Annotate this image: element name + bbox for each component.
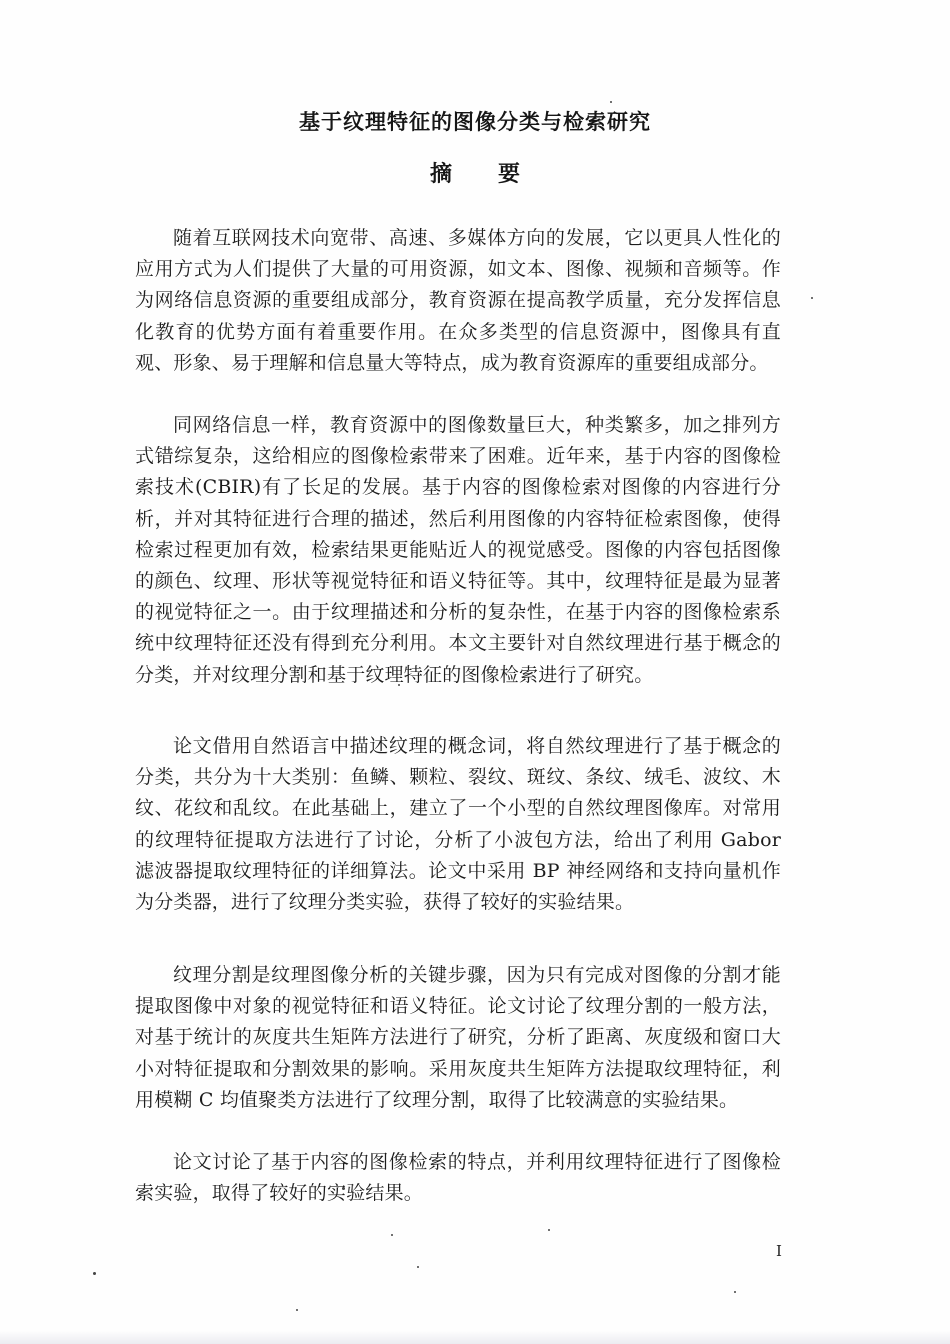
scan-speck xyxy=(610,101,612,103)
scan-speck xyxy=(811,297,813,299)
page-number: I xyxy=(776,1242,782,1260)
abstract-paragraph-2: 同网络信息一样，教育资源中的图像数量巨大，种类繁多，加之排列方式错综复杂，这给相… xyxy=(135,410,781,691)
paragraph-text: 论文借用自然语言中描述纹理的概念词，将自然纹理进行了基于概念的分类，共分为十大类… xyxy=(135,731,781,918)
paragraph-text: 纹理分割是纹理图像分析的关键步骤，因为只有完成对图像的分割才能提取图像中对象的视… xyxy=(135,960,781,1116)
abstract-paragraph-1: 随着互联网技术向宽带、高速、多媒体方向的发展，它以更具人性化的应用方式为人们提供… xyxy=(135,223,781,379)
scan-speck xyxy=(548,1229,550,1231)
paragraph-text: 论文讨论了基于内容的图像检索的特点，并利用纹理特征进行了图像检索实验，取得了较好… xyxy=(135,1147,781,1209)
abstract-paragraph-3: 论文借用自然语言中描述纹理的概念词，将自然纹理进行了基于概念的分类，共分为十大类… xyxy=(135,731,781,918)
abstract-heading: 摘要 xyxy=(0,157,950,188)
document-page: 基于纹理特征的图像分类与检索研究 摘要 随着互联网技术向宽带、高速、多媒体方向的… xyxy=(0,0,950,1344)
abstract-heading-char-2: 要 xyxy=(498,157,520,188)
scan-speck xyxy=(93,1272,96,1275)
document-title: 基于纹理特征的图像分类与检索研究 xyxy=(0,106,950,136)
scan-speck xyxy=(391,1234,393,1236)
scan-speck xyxy=(296,1309,298,1311)
abstract-heading-char-1: 摘 xyxy=(430,157,452,188)
scan-speck xyxy=(417,1266,419,1268)
abstract-paragraph-5: 论文讨论了基于内容的图像检索的特点，并利用纹理特征进行了图像检索实验，取得了较好… xyxy=(135,1147,781,1209)
paragraph-text: 同网络信息一样，教育资源中的图像数量巨大，种类繁多，加之排列方式错综复杂，这给相… xyxy=(135,410,781,691)
scan-speck xyxy=(398,684,400,686)
scan-bottom-edge xyxy=(0,1330,950,1344)
paragraph-text: 随着互联网技术向宽带、高速、多媒体方向的发展，它以更具人性化的应用方式为人们提供… xyxy=(135,223,781,379)
scan-speck xyxy=(342,1187,345,1190)
abstract-paragraph-4: 纹理分割是纹理图像分析的关键步骤，因为只有完成对图像的分割才能提取图像中对象的视… xyxy=(135,960,781,1116)
scan-speck xyxy=(734,1291,736,1293)
